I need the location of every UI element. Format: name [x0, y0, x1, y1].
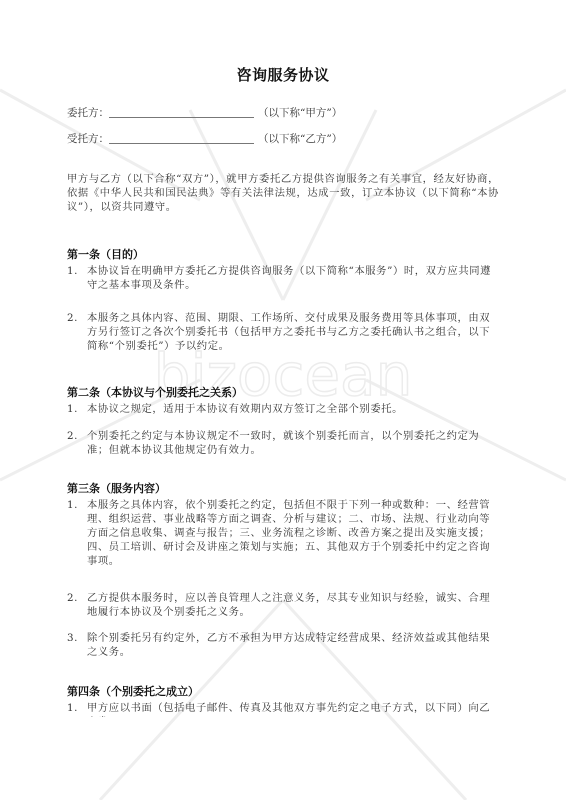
- article-2-item-2: 2. 个别委托之约定与本协议规定不一致时，就该个别委托而言，以个别委托之约定为准…: [67, 429, 499, 457]
- item-text: 本协议旨在明确甲方委托乙方提供咨询服务（以下简称“本服务”）时，双方应共同遵守之…: [87, 265, 491, 291]
- article-4-item-1: 1. 甲方应以书面（包括电子邮件、传真及其他双方事先约定之电子方式，以下同）向乙…: [67, 701, 499, 717]
- article-2-item-1: 1. 本协议之规定，适用于本协议有效期内双方签订之全部个别委托。: [67, 402, 499, 416]
- article-1-heading: 第一条（目的）: [67, 246, 144, 262]
- item-text: 除个别委托另有约定外，乙方不承担为甲方达成特定经营成果、经济效益或其他结果之义务…: [87, 632, 490, 658]
- item-number: 2.: [67, 591, 78, 605]
- item-text: 本服务之具体内容、范围、期限、工作场所、交付成果及服务费用等具体事项，由双方另行…: [87, 312, 490, 352]
- article-4-heading: 第四条（个别委托之成立）: [67, 683, 199, 699]
- item-number: 3.: [67, 631, 78, 645]
- article-1-item-2: 2. 本服务之具体内容、范围、期限、工作场所、交付成果及服务费用等具体事项，由双…: [67, 311, 499, 353]
- item-number: 1.: [67, 498, 78, 512]
- item-number: 2.: [67, 311, 78, 325]
- article-3-item-2: 2. 乙方提供本服务时，应以善良管理人之注意义务，尽其专业知识与经验，诚实、合理…: [67, 591, 499, 619]
- item-text: 乙方提供本服务时，应以善良管理人之注意义务，尽其专业知识与经验，诚实、合理地履行…: [87, 592, 490, 618]
- item-text: 个别委托之约定与本协议规定不一致时，就该个别委托而言，以个别委托之约定为准；但就…: [87, 430, 479, 456]
- preamble: 甲方与乙方（以下合称“双方”），就甲方委托乙方提供咨询服务之有关事宜，经友好协商…: [67, 172, 499, 214]
- item-number: 2.: [67, 429, 78, 443]
- item-text: 甲方应以书面（包括电子邮件、传真及其他双方事先约定之电子方式，以下同）向乙方发: [87, 702, 490, 717]
- item-text: 本协议之规定，适用于本协议有效期内双方签订之全部个别委托。: [87, 403, 403, 415]
- article-3-item-3: 3. 除个别委托另有约定外，乙方不承担为甲方达成特定经营成果、经济效益或其他结果…: [67, 631, 499, 659]
- party-client-row: 委托方：（以下称“甲方”）: [67, 105, 342, 121]
- item-text: 本服务之具体内容，依个别委托之约定，包括但不限于下列一种或数种：一、经营管理、组…: [87, 499, 490, 567]
- party-client-label: 委托方：: [67, 105, 109, 121]
- document-title: 咨询服务协议: [0, 64, 566, 85]
- item-number: 1.: [67, 402, 78, 416]
- party-contractor-label: 受托方：: [67, 131, 109, 147]
- document-page: 咨询服务协议 委托方：（以下称“甲方”） 受托方：（以下称“乙方”） 甲方与乙方…: [0, 0, 566, 800]
- party-client-alias: （以下称“甲方”）: [258, 105, 342, 121]
- article-1-item-1: 1. 本协议旨在明确甲方委托乙方提供咨询服务（以下简称“本服务”）时，双方应共同…: [67, 264, 499, 292]
- item-number: 1.: [67, 701, 78, 715]
- party-contractor-alias: （以下称“乙方”）: [258, 131, 342, 147]
- party-contractor-row: 受托方：（以下称“乙方”）: [67, 131, 342, 147]
- item-number: 1.: [67, 264, 78, 278]
- article-3-item-1: 1. 本服务之具体内容，依个别委托之约定，包括但不限于下列一种或数种：一、经营管…: [67, 498, 499, 568]
- article-3-heading: 第三条（服务内容）: [67, 480, 166, 496]
- article-2-heading: 第二条（本协议与个别委托之关系）: [67, 384, 243, 400]
- party-client-blank[interactable]: [109, 105, 254, 118]
- party-contractor-blank[interactable]: [109, 131, 254, 144]
